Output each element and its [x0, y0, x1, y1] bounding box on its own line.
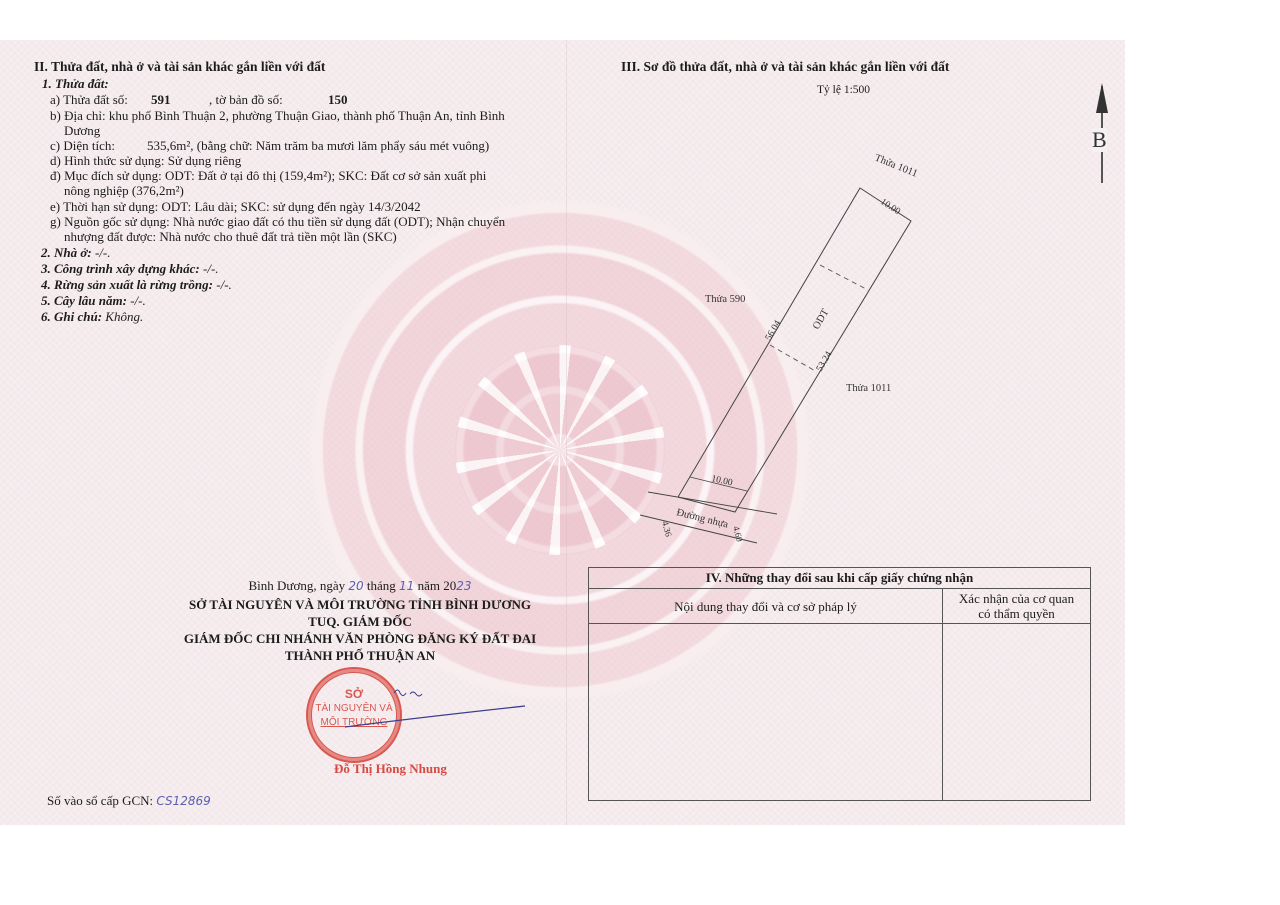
house-label: 2. Nhà ở: [41, 245, 92, 260]
usage-term: e) Thời hạn sử dụng: ODT: Lâu dài; SKC: … [50, 199, 421, 214]
month-label: tháng [367, 578, 396, 593]
area-value: 535,6m², (bằng chữ: Năm trăm ba mươi lăm… [147, 138, 489, 153]
map-scale: Tỷ lệ 1:500 [817, 83, 870, 98]
authorization-title: TUQ. GIÁM ĐỐC [160, 613, 560, 630]
changes-table-title: IV. Những thay đổi sau khi cấp giấy chứn… [589, 568, 1091, 589]
notes-item: 6. Ghi chú: Không. [41, 309, 143, 324]
plantation-forest-value: -/-. [213, 277, 232, 292]
other-construction-value: -/-. [200, 261, 219, 276]
confirmation-header-line1: Xác nhận của cơ quan [959, 591, 1074, 606]
issue-day: 20 [348, 579, 363, 593]
notes-value: Không. [102, 309, 143, 324]
place-date-prefix: Bình Dương, ngày [249, 578, 346, 593]
area-label: c) Diện tích: [50, 138, 115, 153]
usage-form: d) Hình thức sử dụng: Sử dụng riêng [50, 153, 241, 168]
address-line1: b) Địa chỉ: khu phố Bình Thuận 2, phường… [50, 108, 505, 123]
signer-office: THÀNH PHỐ THUẬN AN [160, 647, 560, 664]
registry-number-row: Số vào sổ cấp GCN: CS12869 [47, 793, 211, 809]
perennial-trees-item: 5. Cây lâu năm: -/-. [41, 293, 146, 308]
house-value: -/-. [92, 245, 111, 260]
changes-table: IV. Những thay đổi sau khi cấp giấy chứn… [588, 567, 1091, 801]
issue-month: 11 [399, 579, 414, 593]
signer-name: Đỗ Thị Hồng Nhung [334, 761, 447, 777]
usage-purpose-line1: đ) Mục đích sử dụng: ODT: Đất ở tại đô t… [50, 168, 486, 183]
watermark-star [455, 345, 665, 555]
other-construction-item: 3. Công trình xây dựng khác: -/-. [41, 261, 219, 276]
usage-origin-line2: nhượng đất được: Nhà nước cho thuê đất t… [64, 229, 397, 244]
north-label: B [1092, 128, 1107, 152]
column-header-content: Nội dung thay đổi và cơ sở pháp lý [589, 589, 943, 624]
perennial-trees-value: -/-. [127, 293, 146, 308]
issuing-department: SỞ TÀI NGUYÊN VÀ MÔI TRƯỜNG TỈNH BÌNH DƯ… [160, 596, 560, 613]
parcel-number-label: a) Thửa đất số: [50, 92, 128, 107]
official-seal: SỞ TÀI NGUYÊN VÀ MÔI TRƯỜNG [306, 667, 402, 763]
section3-title: III. Sơ đồ thửa đất, nhà ở và tài sản kh… [621, 59, 949, 74]
confirmation-cell [943, 624, 1091, 801]
usage-purpose-line2: nông nghiệp (376,2m²) [64, 183, 184, 198]
page-fold [566, 40, 567, 825]
issue-year-suffix: 23 [456, 579, 471, 593]
map-sheet-label: , tờ bản đồ số: [209, 92, 283, 107]
registry-number-value: CS12869 [156, 794, 210, 808]
usage-origin-line1: g) Nguồn gốc sử dụng: Nhà nước giao đất … [50, 214, 505, 229]
section2-title: II. Thửa đất, nhà ở và tài sản khác gắn … [34, 59, 325, 74]
perennial-trees-label: 5. Cây lâu năm: [41, 293, 127, 308]
seal-line1: SỞ [308, 687, 400, 701]
registry-number-label: Số vào sổ cấp GCN: [47, 793, 153, 808]
parcel-number: 591 [151, 92, 171, 107]
address-line2: Dương [64, 123, 100, 138]
place-date: Bình Dương, ngày 20 tháng 11 năm 2023 [160, 578, 560, 594]
seal-line3: MÔI TRƯỜNG [308, 717, 400, 728]
land-heading: 1. Thửa đất: [42, 76, 109, 91]
notes-label: 6. Ghi chú: [41, 309, 102, 324]
seal-line2: TÀI NGUYÊN VÀ [308, 703, 400, 714]
map-sheet-number: 150 [328, 92, 348, 107]
year-label: năm 20 [418, 578, 457, 593]
change-content-cell [589, 624, 943, 801]
north-arrow-icon [1096, 83, 1108, 113]
plantation-forest-label: 4. Rừng sản xuất là rừng trồng: [41, 277, 213, 292]
signer-position: GIÁM ĐỐC CHI NHÁNH VĂN PHÒNG ĐĂNG KÝ ĐẤT… [160, 630, 560, 647]
confirmation-header-line2: có thẩm quyền [978, 606, 1055, 621]
column-header-confirmation: Xác nhận của cơ quancó thẩm quyền [943, 589, 1091, 624]
house-item: 2. Nhà ở: -/-. [41, 245, 110, 260]
plantation-forest-item: 4. Rừng sản xuất là rừng trồng: -/-. [41, 277, 232, 292]
other-construction-label: 3. Công trình xây dựng khác: [41, 261, 200, 276]
